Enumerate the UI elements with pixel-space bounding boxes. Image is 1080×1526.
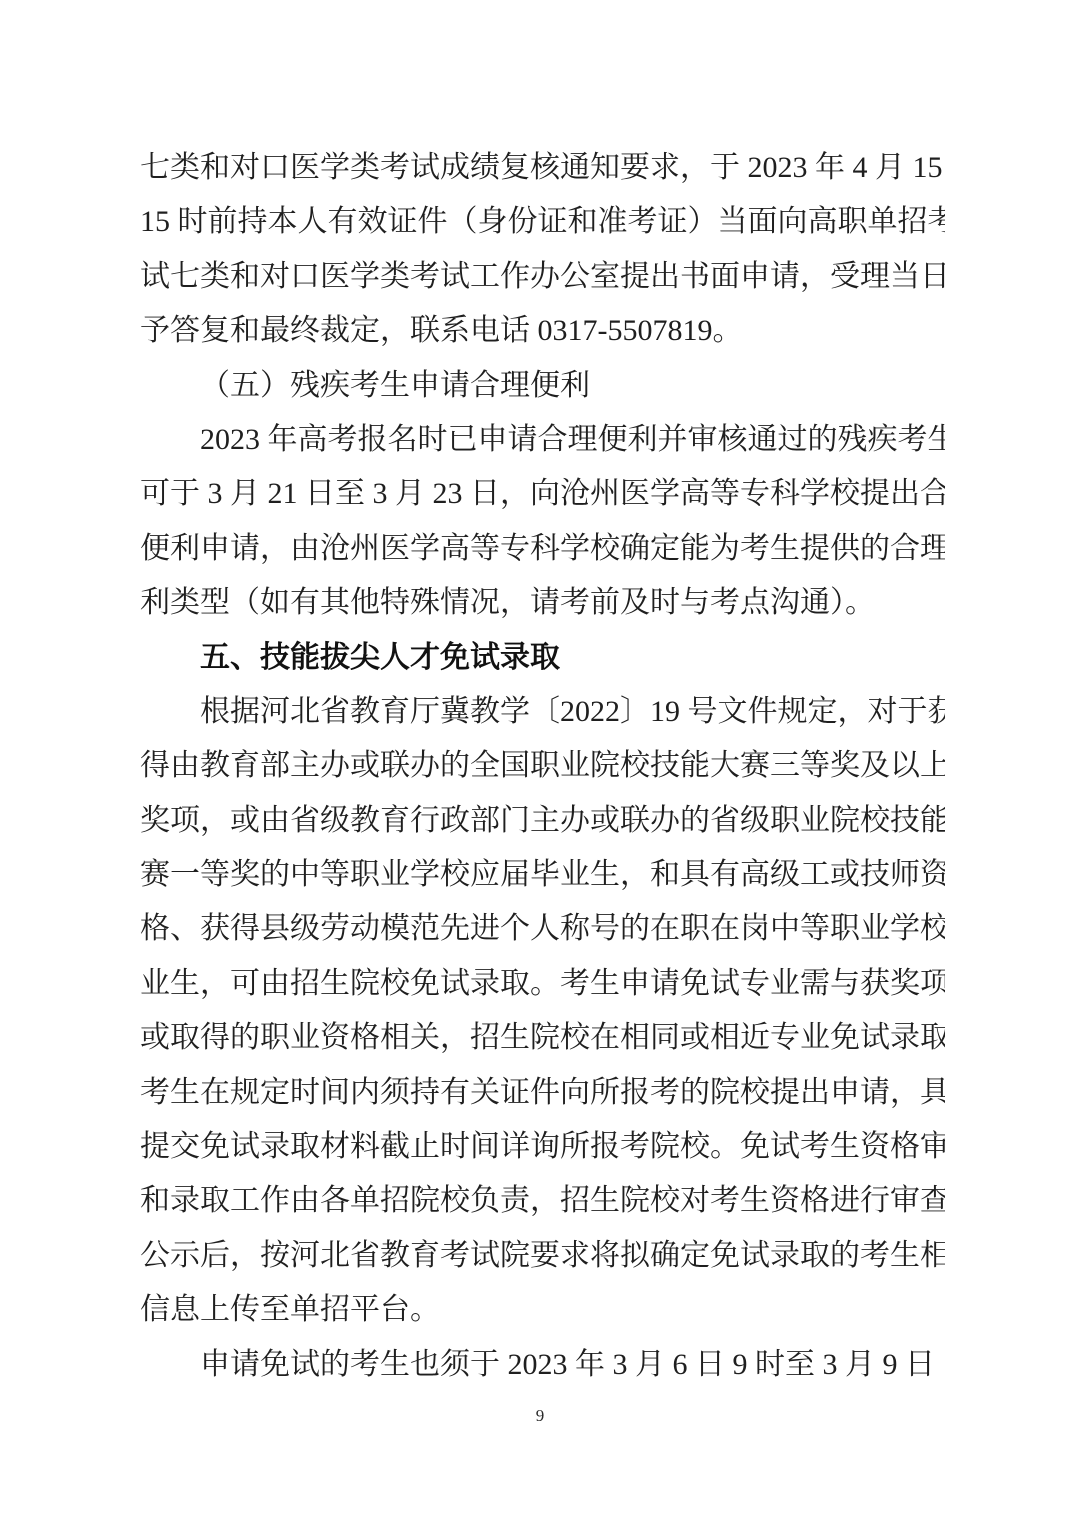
page-footer: 9 bbox=[0, 1406, 1080, 1426]
text-line: 15 时前持本人有效证件（身份证和准考证）当面向高职单招考 bbox=[140, 195, 945, 249]
document-page: 七类和对口医学类考试成绩复核通知要求，于 2023 年 4 月 15 日15 时… bbox=[0, 0, 1080, 1526]
text-line: 奖项，或由省级教育行政部门主办或联办的省级职业院校技能大 bbox=[140, 794, 945, 848]
paragraph: （五）残疾考生申请合理便利 bbox=[140, 359, 945, 413]
text-line: 根据河北省教育厅冀教学〔2022〕19 号文件规定，对于获 bbox=[140, 685, 945, 739]
text-line: 公示后，按河北省教育考试院要求将拟确定免试录取的考生相关 bbox=[140, 1229, 945, 1283]
text-line: 2023 年高考报名时已申请合理便利并审核通过的残疾考生， bbox=[140, 413, 945, 467]
text-line: 格、获得县级劳动模范先进个人称号的在职在岗中等职业学校毕 bbox=[140, 902, 945, 956]
section-heading: 五、技能拔尖人才免试录取 bbox=[140, 631, 945, 685]
paragraph: 申请免试的考生也须于 2023 年 3 月 6 日 9 时至 3 月 9 日 1… bbox=[140, 1338, 945, 1392]
text-line: 予答复和最终裁定，联系电话 0317-5507819。 bbox=[140, 304, 945, 358]
text-line: 申请免试的考生也须于 2023 年 3 月 6 日 9 时至 3 月 9 日 1… bbox=[140, 1338, 945, 1392]
text-line: 赛一等奖的中等职业学校应届毕业生，和具有高级工或技师资 bbox=[140, 848, 945, 902]
text-line: 利类型（如有其他特殊情况，请考前及时与考点沟通）。 bbox=[140, 576, 945, 630]
text-line: 得由教育部主办或联办的全国职业院校技能大赛三等奖及以上 bbox=[140, 739, 945, 793]
text-line: 考生在规定时间内须持有关证件向所报考的院校提出申请，具体 bbox=[140, 1066, 945, 1120]
paragraph: 2023 年高考报名时已申请合理便利并审核通过的残疾考生，可于 3 月 21 日… bbox=[140, 413, 945, 631]
document-content: 七类和对口医学类考试成绩复核通知要求，于 2023 年 4 月 15 日15 时… bbox=[140, 141, 945, 1392]
page-number: 9 bbox=[536, 1406, 545, 1425]
text-line: 便利申请，由沧州医学高等专科学校确定能为考生提供的合理便 bbox=[140, 522, 945, 576]
text-line: （五）残疾考生申请合理便利 bbox=[140, 359, 945, 413]
paragraph: 根据河北省教育厅冀教学〔2022〕19 号文件规定，对于获得由教育部主办或联办的… bbox=[140, 685, 945, 1338]
paragraph: 七类和对口医学类考试成绩复核通知要求，于 2023 年 4 月 15 日15 时… bbox=[140, 141, 945, 359]
text-line: 七类和对口医学类考试成绩复核通知要求，于 2023 年 4 月 15 日 bbox=[140, 141, 945, 195]
text-line: 信息上传至单招平台。 bbox=[140, 1283, 945, 1337]
text-line: 提交免试录取材料截止时间详询所报考院校。免试考生资格审查 bbox=[140, 1120, 945, 1174]
text-line: 和录取工作由各单招院校负责，招生院校对考生资格进行审查和 bbox=[140, 1174, 945, 1228]
text-line: 可于 3 月 21 日至 3 月 23 日，向沧州医学高等专科学校提出合理 bbox=[140, 467, 945, 521]
text-line: 试七类和对口医学类考试工作办公室提出书面申请，受理当日给 bbox=[140, 250, 945, 304]
text-line: 五、技能拔尖人才免试录取 bbox=[140, 631, 945, 685]
text-line: 或取得的职业资格相关，招生院校在相同或相近专业免试录取。 bbox=[140, 1011, 945, 1065]
text-line: 业生，可由招生院校免试录取。考生申请免试专业需与获奖项目 bbox=[140, 957, 945, 1011]
